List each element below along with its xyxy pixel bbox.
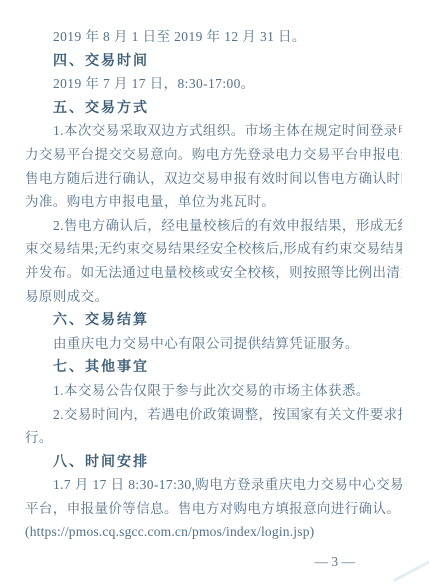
text-line-validity-period: 2019 年 8 月 1 日至 2019 年 12 月 31 日。 <box>25 25 402 49</box>
section-heading-trade-time: 四、交易时间 <box>25 49 402 73</box>
text-line: 并发布。如无法通过电量校核或安全校核，则按照等比例出清交 <box>25 261 402 285</box>
text-line: 力交易平台提交交易意向。购电方先登录电力交易平台申报电量， <box>25 143 402 167</box>
section-heading-trade-method: 五、交易方式 <box>25 96 402 120</box>
text-line-settlement-provider: 由重庆电力交易中心有限公司提供结算凭证服务。 <box>25 332 402 356</box>
trading-platform-url: (https://pmos.cq.sgcc.com.cn/pmos/index/… <box>25 520 402 544</box>
page-number: — 3 — <box>25 555 402 569</box>
text-line: 束交易结果;无约束交易结果经安全校核后,形成有约束交易结果 <box>25 237 402 261</box>
section-heading-schedule: 八、时间安排 <box>25 450 402 474</box>
text-line: 1.7 月 17 日 8:30-17:30,购电方登录重庆电力交易中心交易 <box>25 473 402 497</box>
text-line: 行。 <box>25 426 402 450</box>
text-line: 1.本次交易采取双边方式组织。市场主体在规定时间登录电 <box>25 119 402 143</box>
text-line: 易原则成交。 <box>25 285 402 309</box>
document-page: 2019 年 8 月 1 日至 2019 年 12 月 31 日。 四、交易时间… <box>0 0 429 585</box>
text-line: 平台，申报量价等信息。售电方对购电方填报意向进行确认。 <box>25 497 402 521</box>
section-heading-other-matters: 七、其他事宜 <box>25 355 402 379</box>
text-line: 2.售电方确认后，经电量校核后的有效申报结果，形成无约 <box>25 214 402 238</box>
text-line: 2.交易时间内，若遇电价政策调整，按国家有关文件要求执 <box>25 403 402 427</box>
text-line: 售电方随后进行确认，双边交易申报有效时间以售电方确认时间 <box>25 167 402 191</box>
text-line: 1.本交易公告仅限于参与此次交易的市场主体获悉。 <box>25 379 402 403</box>
section-heading-settlement: 六、交易结算 <box>25 308 402 332</box>
text-line: 为准。购电方申报电量，单位为兆瓦时。 <box>25 190 402 214</box>
text-line-trade-date: 2019 年 7 月 17 日，8:30-17:00。 <box>25 72 402 96</box>
